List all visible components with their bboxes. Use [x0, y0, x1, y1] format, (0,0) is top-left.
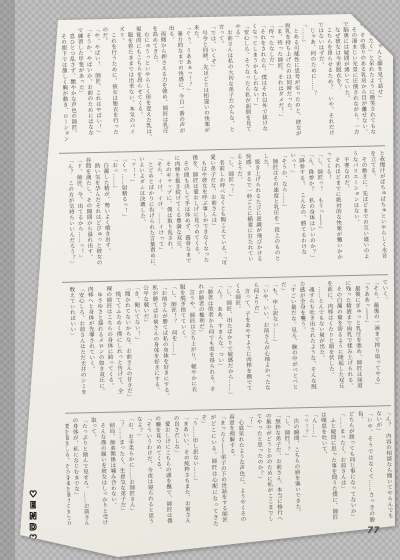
- text-band-1: す時はちゃんと顔を見て話せ」 「まったく」と呆れたように微笑されてもな お、その…: [56, 20, 385, 149]
- text-band-4: 「ん？ 内容の相談なら聞いてやらんでも ないが」 「いや、そうではなくて……さっ…: [65, 410, 394, 530]
- text-band-3: ていく。 「そら、最後の一滴まで搾り取ってやる」 「うああっ――」 最後にぎゅっ…: [62, 279, 391, 409]
- text-band-2: と我慢汁がばちゅばちゅといやらしく水音 を立てる。 その動きに、先ほどまでの互い…: [59, 150, 388, 278]
- scanned-page-wrap: す時はちゃんと顔を見て話せ」 「まったく」と呆れたように微笑されてもな お、その…: [0, 0, 400, 560]
- page-number: 77: [367, 526, 380, 536]
- scan-background: す時はちゃんと顔を見て話せ」 「まったく」と呆れたように微笑されてもな お、その…: [0, 0, 400, 560]
- scanned-page: す時はちゃんと顔を見て話せ」 「まったく」と呆れたように微笑されてもな お、その…: [0, 0, 400, 560]
- end-mark: ♥END♥: [28, 490, 38, 545]
- page-text-content: す時はちゃんと顔を見て話せ」 「まったく」と呆れたように微笑されてもな お、その…: [56, 20, 394, 534]
